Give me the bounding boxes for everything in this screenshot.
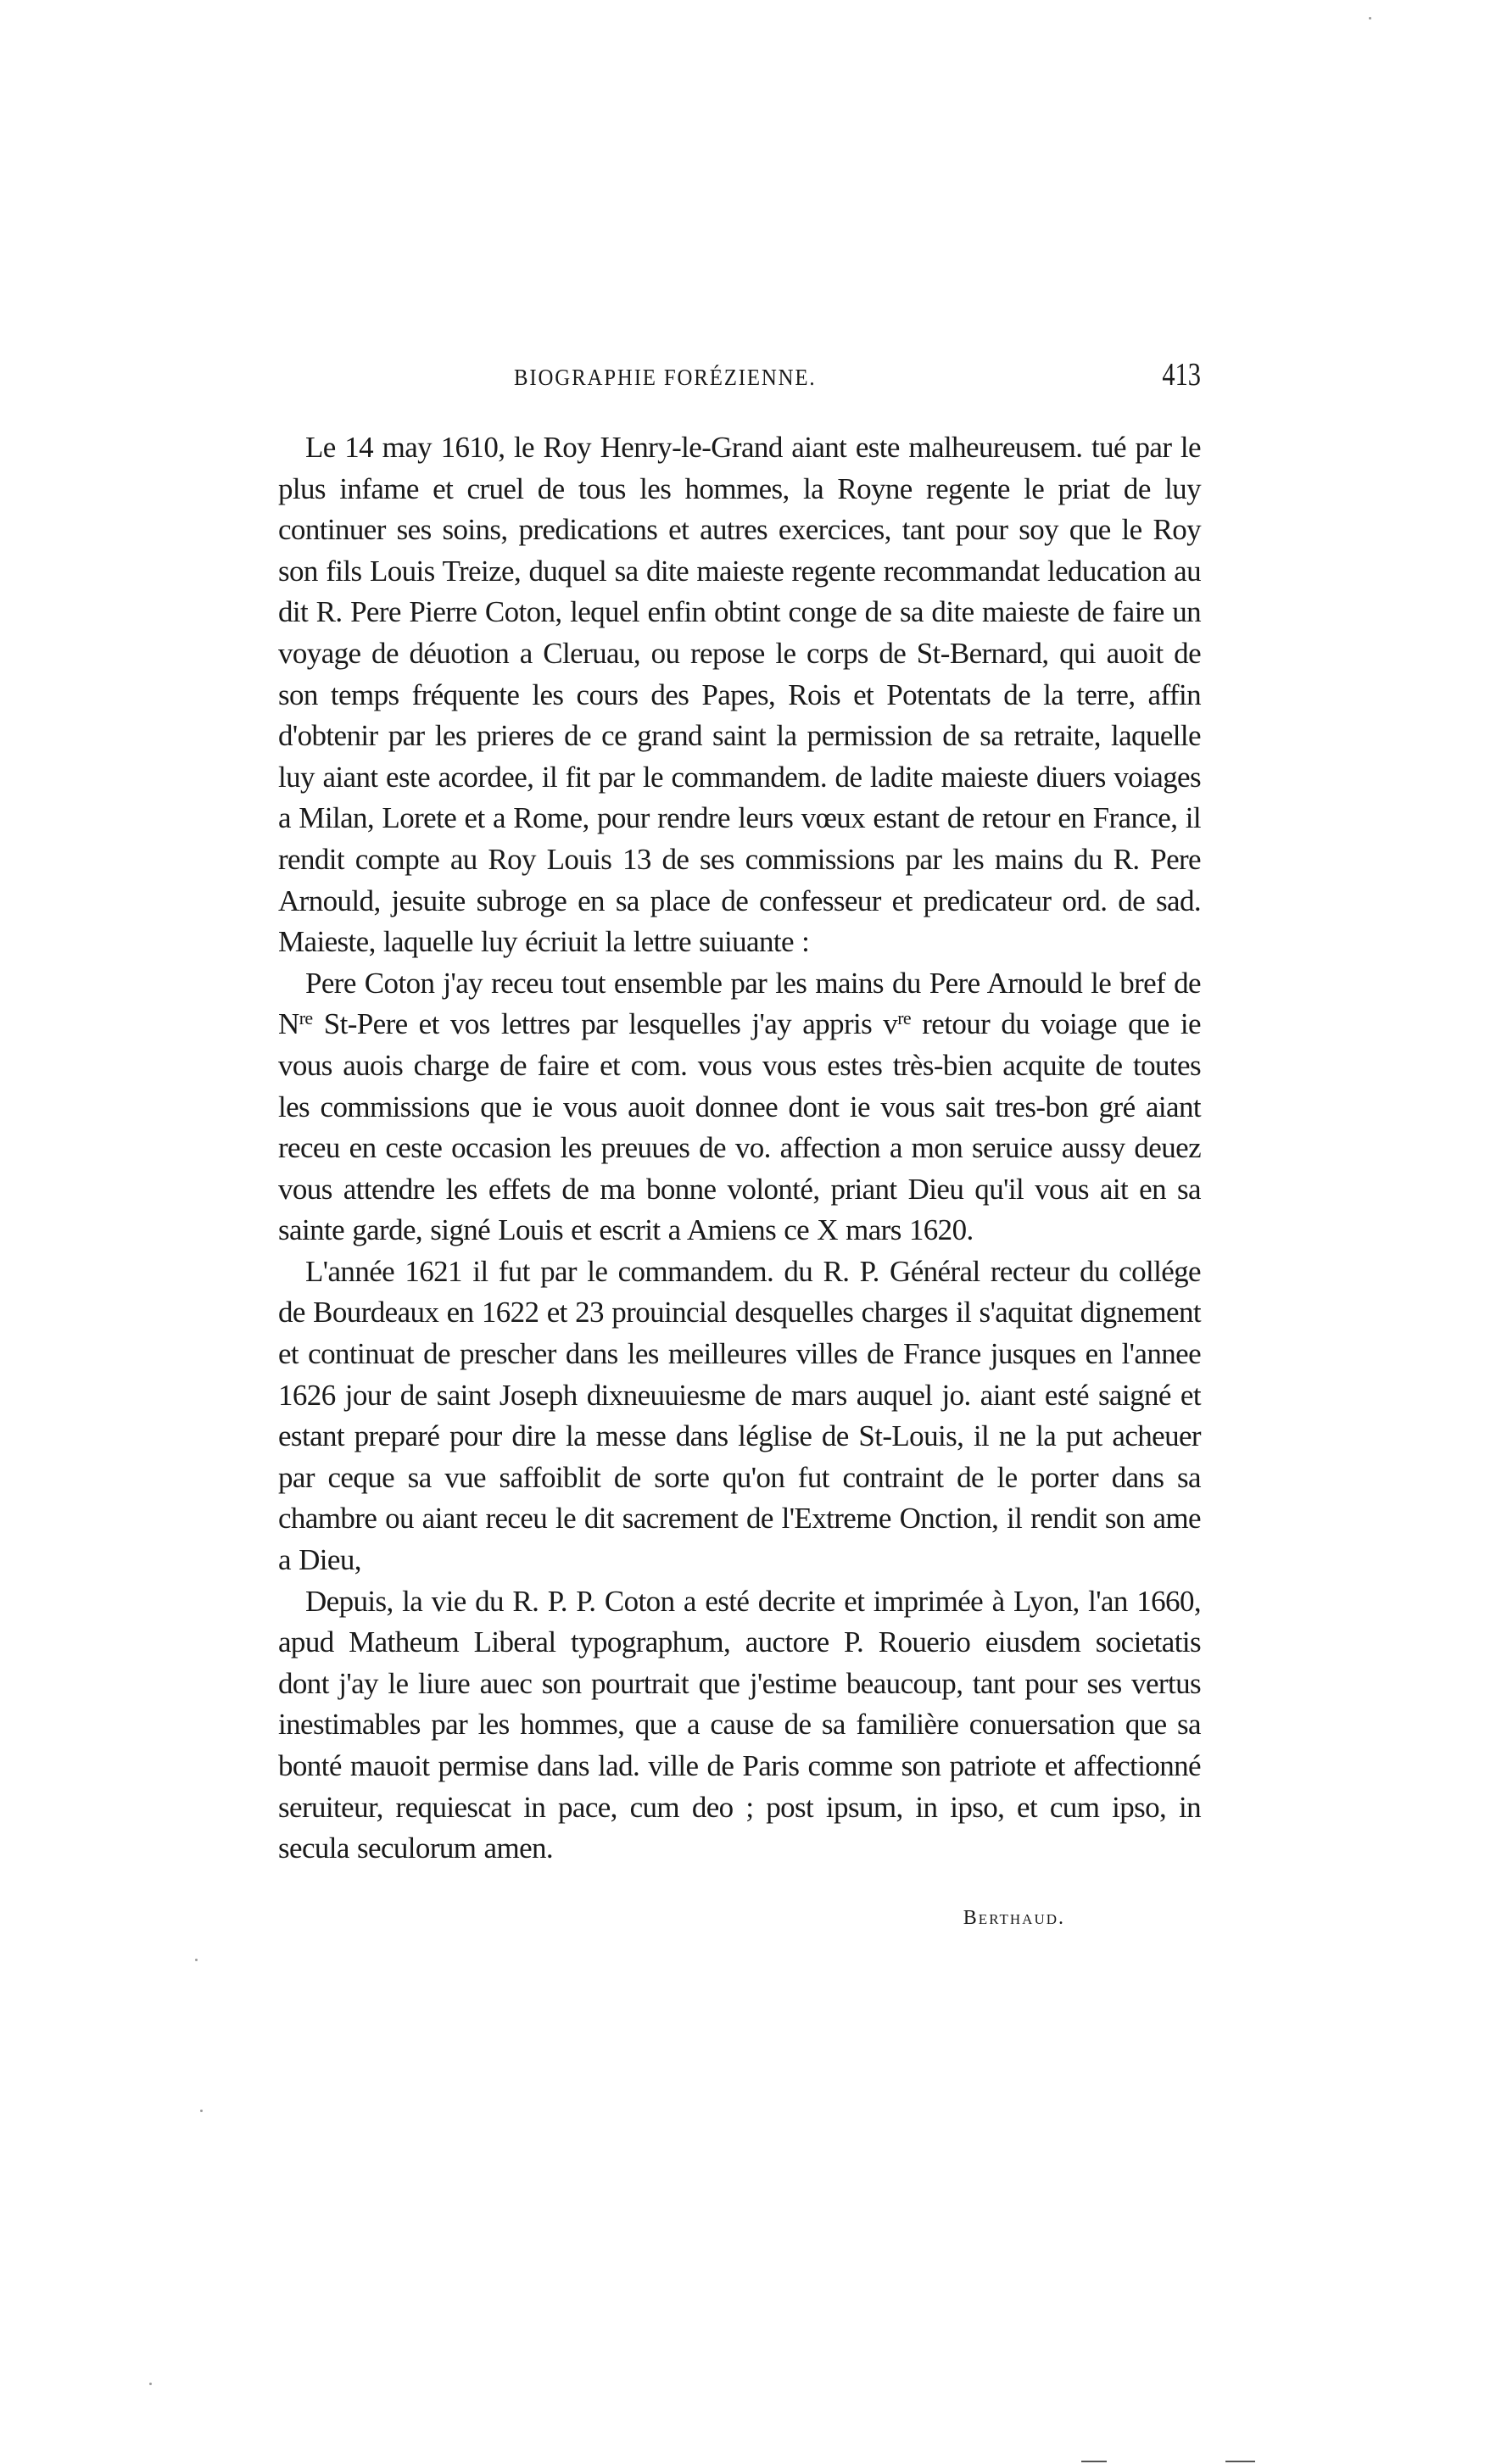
scan-speck bbox=[1369, 17, 1371, 20]
paragraph-3: L'année 1621 il fut par le commandem. du… bbox=[278, 1252, 1201, 1581]
scan-rule bbox=[1081, 2461, 1107, 2462]
page-number: 413 bbox=[1162, 356, 1201, 393]
scan-speck bbox=[149, 2383, 152, 2385]
letter-text-c: retour du voiage que ie vous auois charg… bbox=[278, 1007, 1201, 1246]
body-text: Le 14 may 1610, le Roy Henry-le-Grand ai… bbox=[278, 427, 1201, 1870]
paragraph-2-letter: Pere Coton j'ay receu tout ensemble par … bbox=[278, 963, 1201, 1252]
paragraph-1: Le 14 may 1610, le Roy Henry-le-Grand ai… bbox=[278, 427, 1201, 963]
running-title: BIOGRAPHIE FORÉZIENNE. bbox=[514, 365, 817, 391]
superscript-re: re bbox=[299, 1007, 313, 1029]
scan-speck bbox=[200, 2110, 203, 2112]
scan-speck bbox=[195, 1959, 198, 1961]
book-page: BIOGRAPHIE FORÉZIENNE. 413 Le 14 may 161… bbox=[278, 356, 1201, 1930]
running-head: BIOGRAPHIE FORÉZIENNE. 413 bbox=[278, 356, 1201, 407]
superscript-re: re bbox=[897, 1007, 911, 1029]
author-signature: Berthaud. bbox=[278, 1907, 1201, 1930]
scan-rule bbox=[1225, 2461, 1255, 2462]
letter-text-b: St-Pere et vos lettres par lesquelles j'… bbox=[313, 1007, 898, 1040]
paragraph-4: Depuis, la vie du R. P. P. Coton a esté … bbox=[278, 1581, 1201, 1870]
